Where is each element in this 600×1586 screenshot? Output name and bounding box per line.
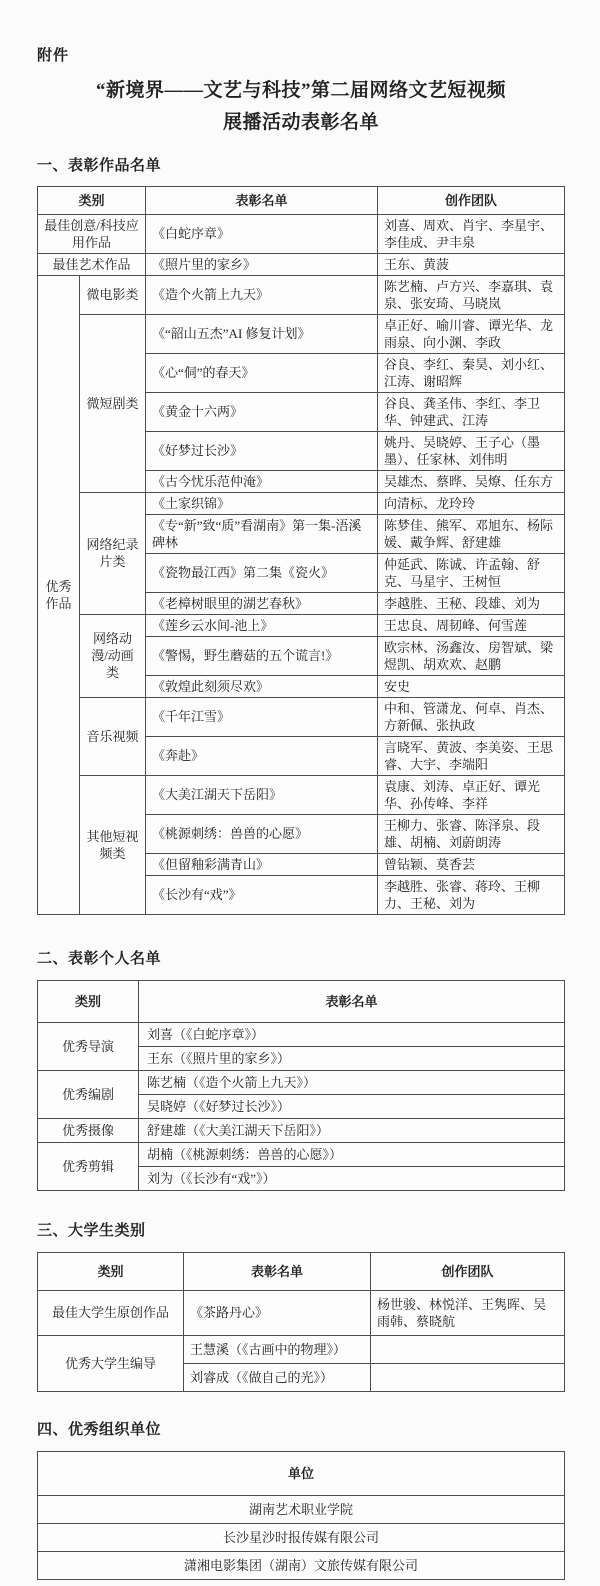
name-cell: 吴晓婷（《好梦过长沙》） xyxy=(139,1094,565,1118)
team-cell: 姚丹、吴晓婷、王子心（墨墨）、任家林、刘伟明 xyxy=(378,431,565,470)
work-cell: 《老樟树眼里的湖艺春秋》 xyxy=(146,592,378,614)
attachment-label: 附件 xyxy=(37,44,565,65)
work-cell: 《千年江雪》 xyxy=(146,697,378,736)
table-row: 类别 表彰名单 创作团队 xyxy=(38,186,565,214)
category-cell: 优秀编剧 xyxy=(38,1070,139,1118)
team-cell: 欧宗林、汤鑫汝、房智斌、梁煜凯、胡欢欢、赵鹏 xyxy=(378,636,565,675)
team-cell: 王东、黄菠 xyxy=(378,253,565,275)
header-team: 创作团队 xyxy=(378,186,565,214)
name-cell: 陈艺楠（《造个火箭上九天》） xyxy=(139,1070,565,1094)
work-cell: 《土家织锦》 xyxy=(146,492,378,514)
category-cell: 最佳创意/科技应用作品 xyxy=(38,214,146,253)
team-cell: 仲延武、陈诚、许孟翰、舒克、马星宇、王树恒 xyxy=(378,553,565,592)
work-cell: 《照片里的家乡》 xyxy=(146,253,378,275)
category-cell: 最佳艺术作品 xyxy=(38,253,146,275)
works-award-table: 类别 表彰名单 创作团队 最佳创意/科技应用作品 《白蛇序章》 刘喜、周欢、肖宇… xyxy=(37,186,565,915)
table-row: 优秀剪辑 胡楠（《桃源刺绣：兽兽的心愿》） xyxy=(38,1142,565,1166)
name-cell: 刘喜（《白蛇序章》） xyxy=(139,1022,565,1046)
table-row: 潇湘电影集团（湖南）文旅传媒有限公司 xyxy=(38,1551,565,1579)
team-cell: 卓正好、喻川睿、谭光华、龙雨泉、向小渊、李政 xyxy=(378,314,565,353)
header-unit: 单位 xyxy=(38,1451,565,1495)
table-row: 网络纪录片类 《土家织锦》 向清标、龙玲玲 xyxy=(38,492,565,514)
name-cell: 胡楠（《桃源刺绣：兽兽的心愿》） xyxy=(139,1142,565,1166)
work-cell: 刘睿成（《做自己的光》） xyxy=(184,1363,371,1391)
student-award-table: 类别 表彰名单 创作团队 最佳大学生原创作品 《茶路丹心》 杨世骏、林悦洋、王隽… xyxy=(37,1252,565,1392)
table-row: 优秀大学生编导 王慧溪（《古画中的物理》） xyxy=(38,1335,565,1363)
table-row: 微短剧类 《“韶山五杰”AI 修复计划》 卓正好、喻川睿、谭光华、龙雨泉、向小渊… xyxy=(38,314,565,353)
team-cell xyxy=(371,1335,565,1363)
category-cell: 优秀剪辑 xyxy=(38,1142,139,1190)
table-row: 音乐视频 《千年江雪》 中和、管潇龙、何卓、肖杰、方新佩、张执政 xyxy=(38,697,565,736)
work-cell: 《黄金十六两》 xyxy=(146,392,378,431)
table-row: 优秀导演 刘喜（《白蛇序章》） xyxy=(38,1022,565,1046)
work-cell: 《警惕，野生蘑菇的五个谎言!》 xyxy=(146,636,378,675)
team-cell: 杨世骏、林悦洋、王隽晖、吴雨韩、蔡晓航 xyxy=(371,1290,565,1335)
team-cell: 吴雄杰、蔡晔、吴燎、任东方 xyxy=(378,470,565,492)
team-cell: 刘喜、周欢、肖宇、李星宇、李佳成、尹丰泉 xyxy=(378,214,565,253)
table-row: 湖南艺术职业学院 xyxy=(38,1495,565,1523)
work-cell: 《瓷物最江西》第二集《瓷火》 xyxy=(146,553,378,592)
work-cell: 王慧溪（《古画中的物理》） xyxy=(184,1335,371,1363)
unit-cell: 湖南艺术职业学院 xyxy=(38,1495,565,1523)
header-work: 表彰名单 xyxy=(184,1252,371,1290)
work-cell: 《心“侗”的春天》 xyxy=(146,353,378,392)
team-cell xyxy=(371,1363,565,1391)
team-cell: 袁康、刘涛、卓正好、谭光华、孙传峰、李祥 xyxy=(378,775,565,814)
work-cell: 《莲乡云水间-池上》 xyxy=(146,614,378,636)
category-cell: 最佳大学生原创作品 xyxy=(38,1290,184,1335)
work-cell: 《但留釉彩满青山》 xyxy=(146,853,378,875)
individual-award-table: 类别 表彰名单 优秀导演 刘喜（《白蛇序章》） 王东（《照片里的家乡》） 优秀编… xyxy=(37,980,565,1191)
organization-award-table: 单位 湖南艺术职业学院 长沙星沙时报传媒有限公司 潇湘电影集团（湖南）文旅传媒有… xyxy=(37,1451,565,1580)
category-cell: 优秀大学生编导 xyxy=(38,1335,184,1391)
header-category: 类别 xyxy=(38,1252,184,1290)
header-category: 类别 xyxy=(38,186,146,214)
work-cell: 《大美江湖天下岳阳》 xyxy=(146,775,378,814)
work-cell: 《奔赴》 xyxy=(146,736,378,775)
table-row: 单位 xyxy=(38,1451,565,1495)
work-cell: 《专“新”致“质”看湖南》第一集-浯溪碑林 xyxy=(146,514,378,553)
work-cell: 《敦煌此刻须尽欢》 xyxy=(146,675,378,697)
team-cell: 谷良、龚圣伟、李红、李卫华、钟建武、江涛 xyxy=(378,392,565,431)
work-cell: 《茶路丹心》 xyxy=(184,1290,371,1335)
subcategory-cell: 网络动漫/动画类 xyxy=(80,614,146,697)
table-row: 类别 表彰名单 创作团队 xyxy=(38,1252,565,1290)
table-row: 优秀摄像 舒建雄（《大美江湖天下岳阳》） xyxy=(38,1118,565,1142)
team-cell: 言晓军、黄波、李美姿、王思睿、大宇、李端阳 xyxy=(378,736,565,775)
header-team: 创作团队 xyxy=(371,1252,565,1290)
work-cell: 《古今忧乐范仲淹》 xyxy=(146,470,378,492)
table-row: 其他短视频类 《大美江湖天下岳阳》 袁康、刘涛、卓正好、谭光华、孙传峰、李祥 xyxy=(38,775,565,814)
header-name: 表彰名单 xyxy=(139,980,565,1022)
section-4-heading: 四、优秀组织单位 xyxy=(37,1418,565,1439)
name-cell: 王东（《照片里的家乡》） xyxy=(139,1046,565,1070)
document-title: “新境界——文艺与科技”第二届网络文艺短视频 展播活动表彰名单 xyxy=(37,75,565,140)
document-page: 附件 “新境界——文艺与科技”第二届网络文艺短视频 展播活动表彰名单 一、表彰作… xyxy=(0,0,600,1580)
subcategory-cell: 微短剧类 xyxy=(80,314,146,492)
unit-cell: 潇湘电影集团（湖南）文旅传媒有限公司 xyxy=(38,1551,565,1579)
title-line-2: 展播活动表彰名单 xyxy=(37,107,565,139)
team-cell: 陈梦佳、熊军、邓旭东、杨际媛、戴争辉、舒建雄 xyxy=(378,514,565,553)
team-cell: 曾钻颖、莫香芸 xyxy=(378,853,565,875)
header-work: 表彰名单 xyxy=(146,186,378,214)
work-cell: 《白蛇序章》 xyxy=(146,214,378,253)
category-cell: 优秀导演 xyxy=(38,1022,139,1070)
section-3-heading: 三、大学生类别 xyxy=(37,1219,565,1240)
table-row: 最佳艺术作品 《照片里的家乡》 王东、黄菠 xyxy=(38,253,565,275)
category-cell-excellent-works: 优秀作品 xyxy=(38,275,80,914)
work-cell: 《桃源刺绣：兽兽的心愿》 xyxy=(146,814,378,853)
team-cell: 李越胜、王秘、段雄、刘为 xyxy=(378,592,565,614)
team-cell: 安史 xyxy=(378,675,565,697)
team-cell: 陈艺楠、卢方兴、李嘉琪、袁泉、张安琦、马晓岚 xyxy=(378,275,565,314)
unit-cell: 长沙星沙时报传媒有限公司 xyxy=(38,1523,565,1551)
work-cell: 《长沙有“戏”》 xyxy=(146,875,378,914)
table-row: 长沙星沙时报传媒有限公司 xyxy=(38,1523,565,1551)
subcategory-cell: 微电影类 xyxy=(80,275,146,314)
header-category: 类别 xyxy=(38,980,139,1022)
table-row: 网络动漫/动画类 《莲乡云水间-池上》 王忠良、周韧峰、何雪莲 xyxy=(38,614,565,636)
work-cell: 《造个火箭上九天》 xyxy=(146,275,378,314)
team-cell: 向清标、龙玲玲 xyxy=(378,492,565,514)
team-cell: 王忠良、周韧峰、何雪莲 xyxy=(378,614,565,636)
subcategory-cell: 音乐视频 xyxy=(80,697,146,775)
title-line-1: “新境界——文艺与科技”第二届网络文艺短视频 xyxy=(37,75,565,107)
subcategory-cell: 其他短视频类 xyxy=(80,775,146,914)
table-row: 优秀编剧 陈艺楠（《造个火箭上九天》） xyxy=(38,1070,565,1094)
name-cell: 刘为（《长沙有“戏”》） xyxy=(139,1166,565,1190)
work-cell: 《好梦过长沙》 xyxy=(146,431,378,470)
table-row: 最佳大学生原创作品 《茶路丹心》 杨世骏、林悦洋、王隽晖、吴雨韩、蔡晓航 xyxy=(38,1290,565,1335)
team-cell: 李越胜、张睿、蒋玲、王柳力、王秘、刘为 xyxy=(378,875,565,914)
table-row: 最佳创意/科技应用作品 《白蛇序章》 刘喜、周欢、肖宇、李星宇、李佳成、尹丰泉 xyxy=(38,214,565,253)
subcategory-cell: 网络纪录片类 xyxy=(80,492,146,614)
team-cell: 中和、管潇龙、何卓、肖杰、方新佩、张执政 xyxy=(378,697,565,736)
table-row: 类别 表彰名单 xyxy=(38,980,565,1022)
category-cell: 优秀摄像 xyxy=(38,1118,139,1142)
work-cell: 《“韶山五杰”AI 修复计划》 xyxy=(146,314,378,353)
section-1-heading: 一、表彰作品名单 xyxy=(37,154,565,175)
name-cell: 舒建雄（《大美江湖天下岳阳》） xyxy=(139,1118,565,1142)
team-cell: 谷良、李红、秦昊、刘小红、江涛、谢昭辉 xyxy=(378,353,565,392)
table-row: 优秀作品 微电影类 《造个火箭上九天》 陈艺楠、卢方兴、李嘉琪、袁泉、张安琦、马… xyxy=(38,275,565,314)
section-2-heading: 二、表彰个人名单 xyxy=(37,947,565,968)
team-cell: 王柳力、张睿、陈泽泉、段雄、胡楠、刘蔚朗涛 xyxy=(378,814,565,853)
